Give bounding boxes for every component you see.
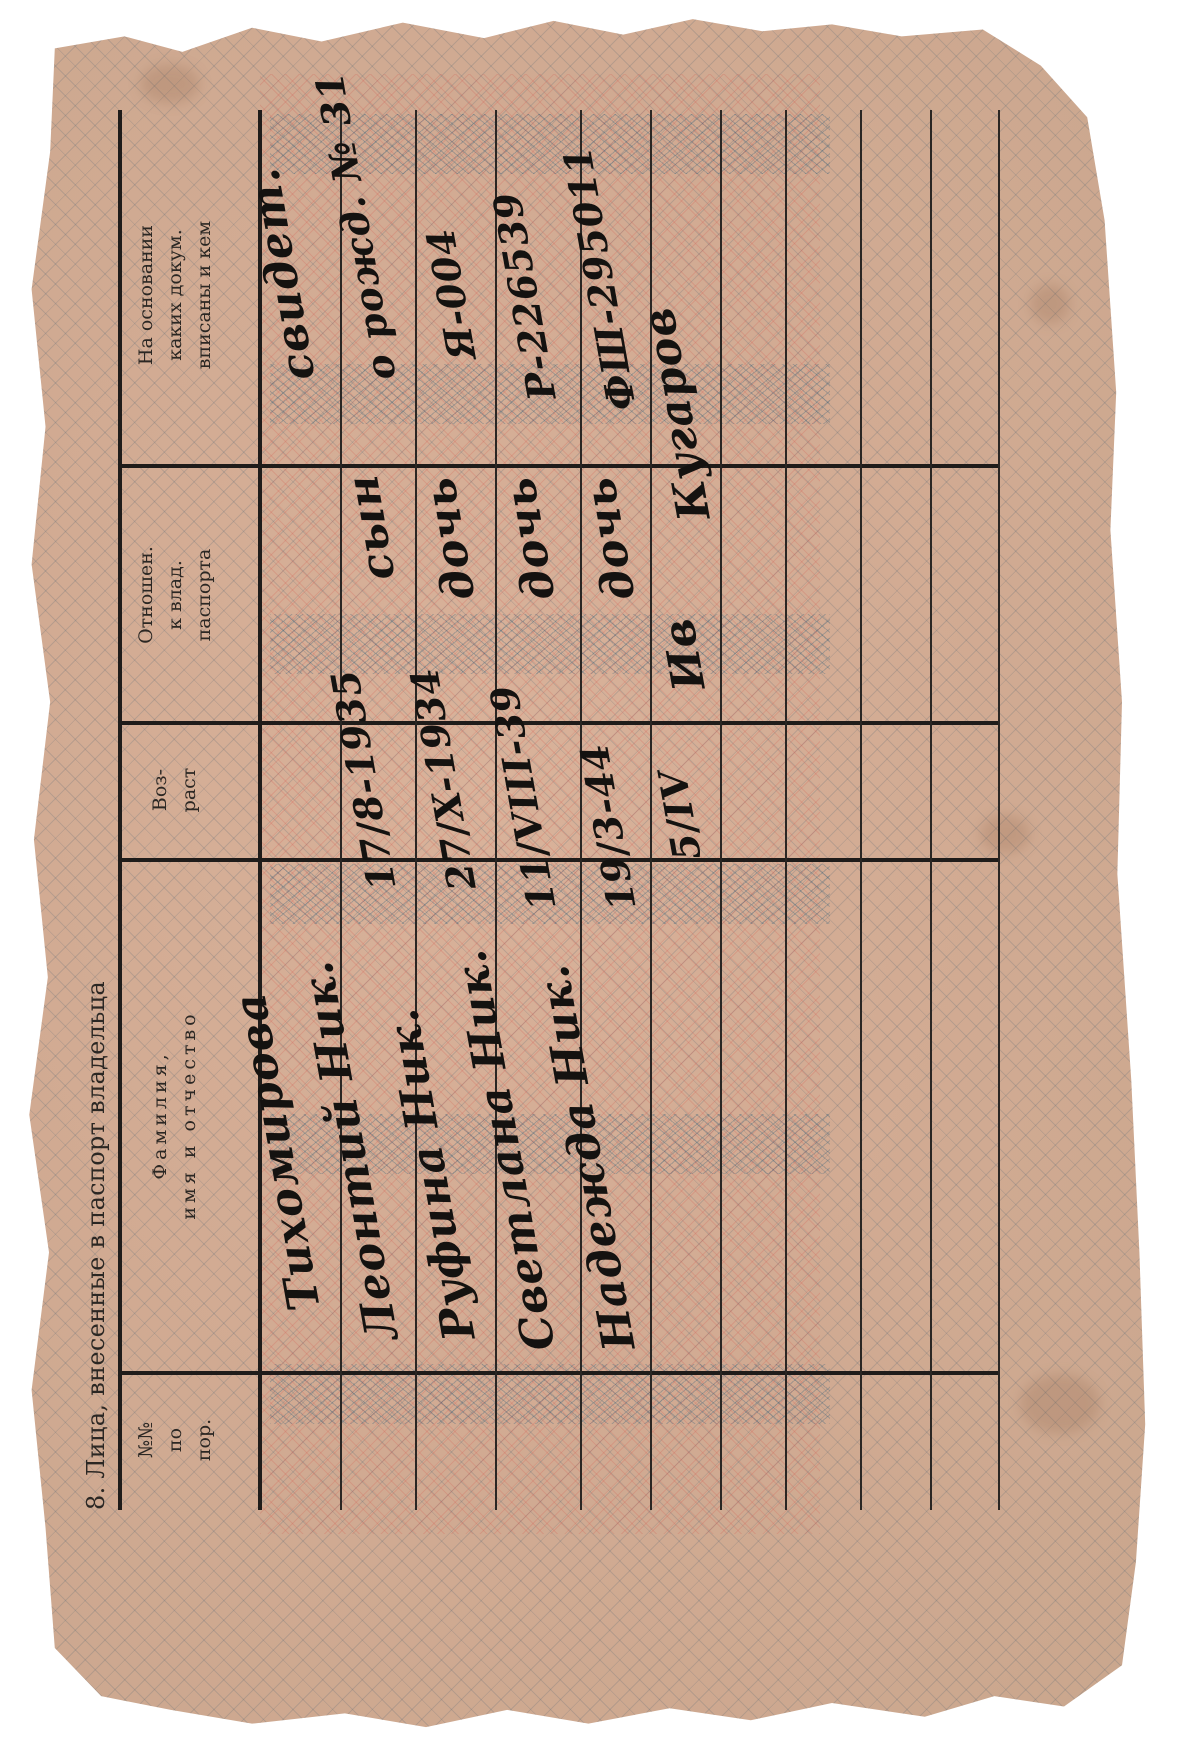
persons-table-document: 8. Лица, внесенные в паспорт владельца xyxy=(110,90,1010,1510)
handwritten-age: 5/IV xyxy=(649,766,709,864)
handwritten-signature: Кугаров xyxy=(633,303,721,524)
row-line xyxy=(415,110,417,1510)
row-line xyxy=(930,110,932,1510)
handwritten-relation: дочь xyxy=(494,473,566,604)
row-line xyxy=(998,110,1000,1510)
header-age: Воз- раст xyxy=(146,725,204,855)
persons-table: №№ по пор. Фамилия, имя и отчество Воз- … xyxy=(110,110,1010,1510)
header-age-line: раст xyxy=(175,725,204,855)
handwritten-relation: Ив xyxy=(653,614,716,694)
row-line xyxy=(340,110,342,1510)
header-no-line: №№ xyxy=(132,1380,161,1500)
header-basis-line: вписаны и кем xyxy=(190,130,219,460)
column-divider-age-relation xyxy=(118,721,998,725)
header-relation-line: паспорта xyxy=(190,470,219,720)
row-line xyxy=(495,110,497,1510)
header-separator xyxy=(258,110,262,1510)
table-border-top xyxy=(118,110,122,1510)
handwritten-relation: сын xyxy=(337,471,406,585)
handwritten-basis: свидет. xyxy=(238,164,326,385)
stain xyxy=(1030,284,1070,324)
header-relation-line: к влад. xyxy=(161,470,190,720)
header-basis: На основании каких докум. вписаны и кем xyxy=(132,130,219,460)
column-divider-no-name xyxy=(118,1371,998,1375)
handwritten-basis: о рожд. № 31 xyxy=(306,68,405,383)
header-name: Фамилия, имя и отчество xyxy=(146,865,204,1365)
row-line xyxy=(860,110,862,1510)
row-line xyxy=(720,110,722,1510)
column-divider-relation-basis xyxy=(118,464,998,468)
header-name-line: Фамилия, xyxy=(146,865,175,1365)
handwritten-relation: дочь xyxy=(414,473,486,604)
header-name-line: имя и отчество xyxy=(175,865,204,1365)
header-no: №№ по пор. xyxy=(132,1380,219,1500)
header-no-line: по xyxy=(161,1380,190,1500)
header-no-line: пор. xyxy=(190,1380,219,1500)
section-title: 8. Лица, внесенные в паспорт владельца xyxy=(82,981,110,1510)
handwritten-relation: дочь xyxy=(574,473,646,604)
handwritten-basis: ФШ-295011 xyxy=(554,143,645,414)
handwritten-basis: Я-004 xyxy=(417,225,485,364)
header-relation-line: Отношен. xyxy=(132,470,161,720)
handwritten-age: 19/3-44 xyxy=(571,740,645,914)
row-line xyxy=(785,110,787,1510)
header-relation: Отношен. к влад. паспорта xyxy=(132,470,219,720)
column-divider-name-age xyxy=(118,858,998,862)
header-basis-line: На основании xyxy=(132,130,161,460)
header-age-line: Воз- xyxy=(146,725,175,855)
stain xyxy=(1020,1374,1100,1434)
header-basis-line: каких докум. xyxy=(161,130,190,460)
passport-page-scan: 8. Лица, внесенные в паспорт владельца xyxy=(0,0,1200,1755)
handwritten-age: 11/VIII-39 xyxy=(481,681,565,914)
